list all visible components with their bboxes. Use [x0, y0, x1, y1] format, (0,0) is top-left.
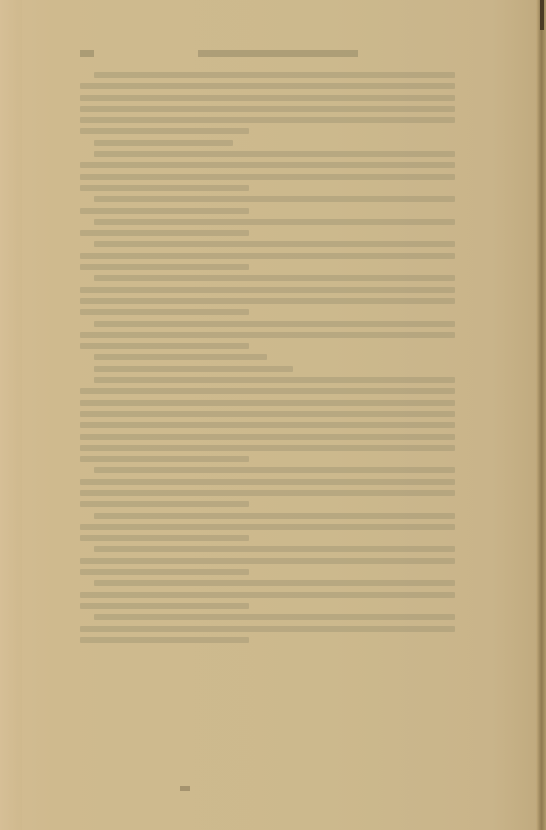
- page-number: [80, 50, 94, 57]
- text-line: [80, 501, 249, 507]
- text-line: [94, 366, 293, 372]
- body-text: [80, 72, 455, 648]
- text-line: [94, 614, 455, 620]
- text-line: [80, 287, 455, 293]
- text-line: [80, 264, 249, 270]
- text-line: [80, 603, 249, 609]
- text-line: [80, 479, 455, 485]
- text-line: [80, 117, 455, 123]
- text-line: [94, 377, 455, 383]
- binding-shadow: [540, 0, 544, 30]
- text-line: [80, 400, 455, 406]
- running-head-title: [198, 50, 358, 57]
- text-line: [80, 535, 249, 541]
- text-line: [80, 434, 455, 440]
- text-line: [80, 445, 455, 451]
- text-line: [80, 253, 455, 259]
- paragraph: [80, 72, 455, 134]
- text-line: [80, 524, 455, 530]
- paragraph: [80, 467, 455, 507]
- text-line: [80, 298, 455, 304]
- text-line: [80, 343, 249, 349]
- text-line: [80, 174, 455, 180]
- text-line: [80, 626, 455, 632]
- text-line: [94, 275, 455, 281]
- text-line: [80, 128, 249, 134]
- text-line: [80, 309, 249, 315]
- text-line: [94, 513, 455, 519]
- text-line: [94, 196, 455, 202]
- book-page: [0, 0, 546, 830]
- paragraph: [80, 580, 455, 609]
- paragraph: [80, 275, 455, 315]
- running-head: [80, 48, 455, 60]
- binding-edge: [536, 0, 546, 830]
- paragraph: [80, 219, 455, 236]
- text-line: [80, 456, 249, 462]
- text-line: [80, 106, 455, 112]
- text-line: [80, 388, 455, 394]
- text-line: [94, 580, 455, 586]
- text-line: [80, 637, 249, 643]
- text-line: [94, 354, 267, 360]
- text-line: [80, 162, 455, 168]
- text-line: [80, 95, 455, 101]
- text-line: [94, 151, 455, 157]
- paragraph: [80, 354, 455, 360]
- paragraph: [80, 321, 455, 350]
- text-line: [80, 422, 455, 428]
- paragraph: [80, 196, 455, 213]
- text-line: [80, 490, 455, 496]
- paragraph: [80, 614, 455, 643]
- paragraph: [80, 513, 455, 542]
- text-line: [94, 546, 455, 552]
- text-line: [80, 332, 455, 338]
- paragraph: [80, 241, 455, 270]
- paragraph: [80, 140, 455, 146]
- text-line: [94, 467, 455, 473]
- text-line: [94, 140, 233, 146]
- text-line: [80, 185, 249, 191]
- text-line: [80, 569, 249, 575]
- text-line: [80, 592, 455, 598]
- text-line: [80, 411, 455, 417]
- paragraph: [80, 366, 455, 372]
- paragraph: [80, 151, 455, 191]
- text-line: [80, 83, 455, 89]
- text-line: [94, 72, 455, 78]
- paragraph: [80, 546, 455, 575]
- paragraph: [80, 377, 455, 462]
- text-line: [80, 208, 249, 214]
- printer-mark: [180, 786, 190, 791]
- text-line: [80, 230, 249, 236]
- page-left-margin: [0, 0, 22, 830]
- text-line: [80, 558, 455, 564]
- text-line: [94, 321, 455, 327]
- text-line: [94, 219, 455, 225]
- text-line: [94, 241, 455, 247]
